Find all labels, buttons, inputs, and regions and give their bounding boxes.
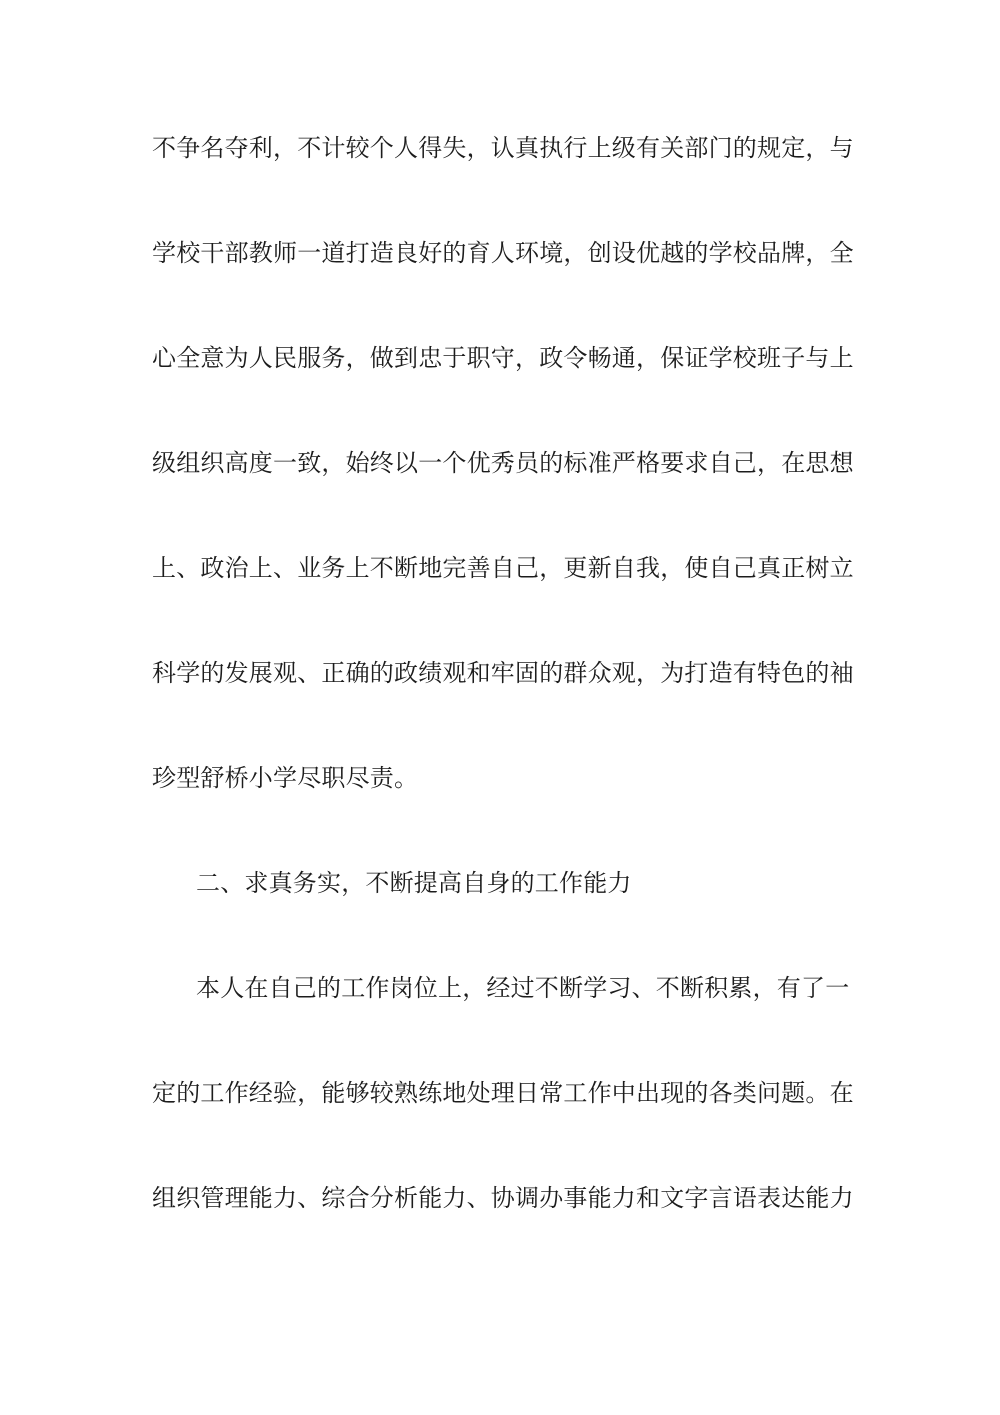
doc-line: 心全意为人民服务，做到忠于职守，政令畅通，保证学校班子与上 [152,347,852,371]
doc-heading-line: 二、求真务实，不断提高自身的工作能力 [152,872,896,896]
doc-line: 定的工作经验，能够较熟练地处理日常工作中出现的各类问题。在 [152,1082,852,1106]
doc-line: 不争名夺利，不计较个人得失，认真执行上级有关部门的规定，与 [152,137,852,161]
doc-line: 上、政治上、业务上不断地完善自己，更新自我，使自己真正树立 [152,557,852,581]
document-page: 不争名夺利，不计较个人得失，认真执行上级有关部门的规定，与 学校干部教师一道打造… [0,0,1000,1415]
doc-line: 本人在自己的工作岗位上，经过不断学习、不断积累，有了一 [152,977,896,1001]
doc-line: 学校干部教师一道打造良好的育人环境，创设优越的学校品牌，全 [152,242,852,266]
doc-line: 珍型舒桥小学尽职尽责。 [152,767,852,791]
doc-line: 级组织高度一致，始终以一个优秀员的标准严格要求自己，在思想 [152,452,852,476]
doc-line: 科学的发展观、正确的政绩观和牢固的群众观，为打造有特色的袖 [152,662,852,686]
doc-line: 组织管理能力、综合分析能力、协调办事能力和文字言语表达能力 [152,1187,852,1211]
